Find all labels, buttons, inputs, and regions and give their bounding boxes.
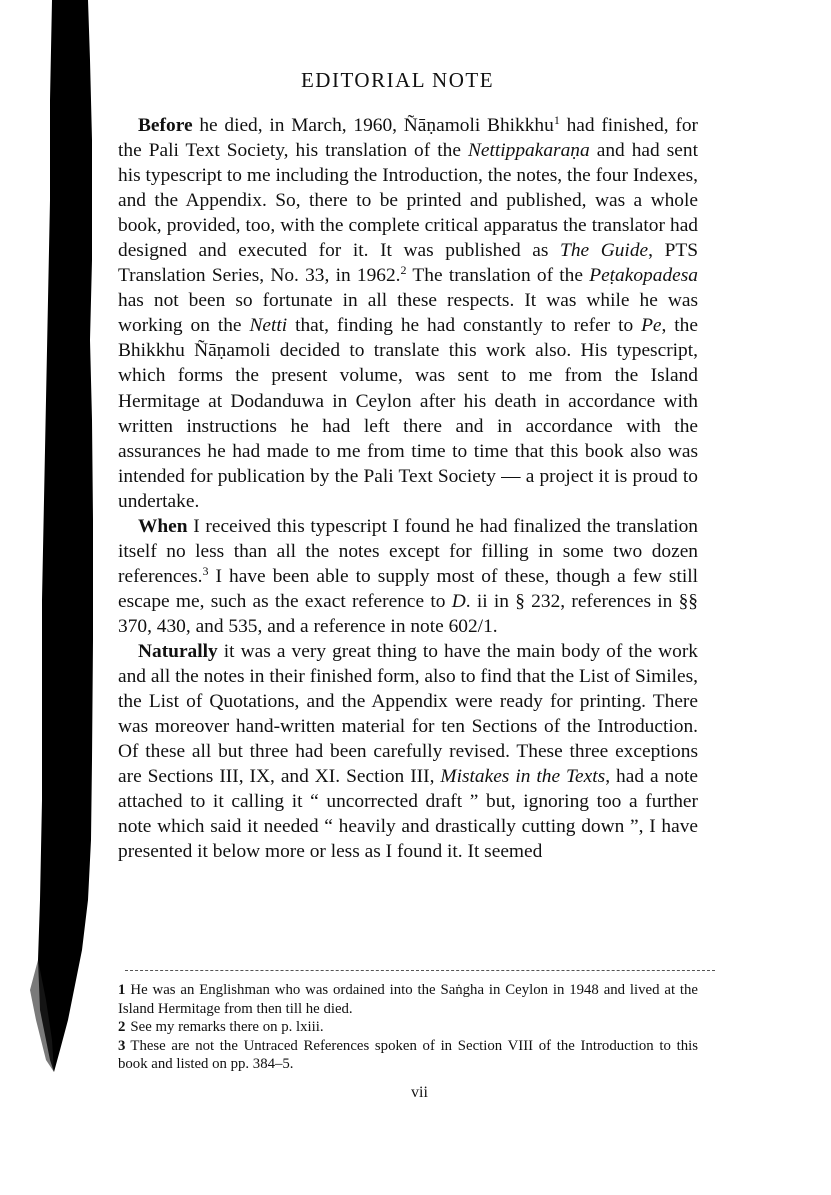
italic-title: Mistakes in the Texts [440, 766, 605, 787]
footnote-number: 2 [118, 1019, 125, 1035]
paragraph: Naturally it was a very great thing to h… [118, 639, 698, 864]
page-heading: EDITORIAL NOTE [0, 68, 831, 92]
italic-title: Nettippakaraṇa [468, 140, 590, 161]
footnote-ref: 2 [401, 263, 407, 277]
body-text: Before he died, in March, 1960, Ñāṇamoli… [118, 113, 698, 864]
footnote-number: 3 [118, 1038, 125, 1054]
footnote: 1He was an Englishman who was ordained i… [118, 981, 698, 1018]
footnote-text: See my remarks there on p. lxiii. [130, 1019, 323, 1035]
italic-title: Pe [641, 315, 661, 336]
footnote: 3These are not the Untraced References s… [118, 1037, 698, 1074]
footnote-ref: 3 [203, 564, 209, 578]
paragraph-first-word: Before [138, 115, 193, 136]
italic-title: D [452, 591, 466, 612]
italic-title: Netti [249, 315, 287, 336]
paragraph-first-word: When [138, 516, 188, 537]
paragraph: Before he died, in March, 1960, Ñāṇamoli… [118, 113, 698, 514]
footnote-text: He was an Englishman who was ordained in… [118, 982, 698, 1017]
footnote-number: 1 [118, 982, 125, 998]
paragraph: When I received this typescript I found … [118, 514, 698, 639]
footnote: 2See my remarks there on p. lxiii. [118, 1018, 698, 1037]
italic-title: The Guide [560, 240, 648, 261]
page-number: vii [0, 1084, 831, 1102]
footnote-text: These are not the Untraced References sp… [118, 1038, 698, 1073]
footnote-divider [125, 970, 715, 972]
paragraph-first-word: Naturally [138, 641, 218, 662]
italic-title: Peṭakopadesa [589, 265, 698, 286]
document-page: EDITORIAL NOTE Before he died, in March,… [0, 0, 831, 1195]
footnote-ref: 1 [554, 113, 560, 127]
footnotes: 1He was an Englishman who was ordained i… [118, 981, 698, 1074]
